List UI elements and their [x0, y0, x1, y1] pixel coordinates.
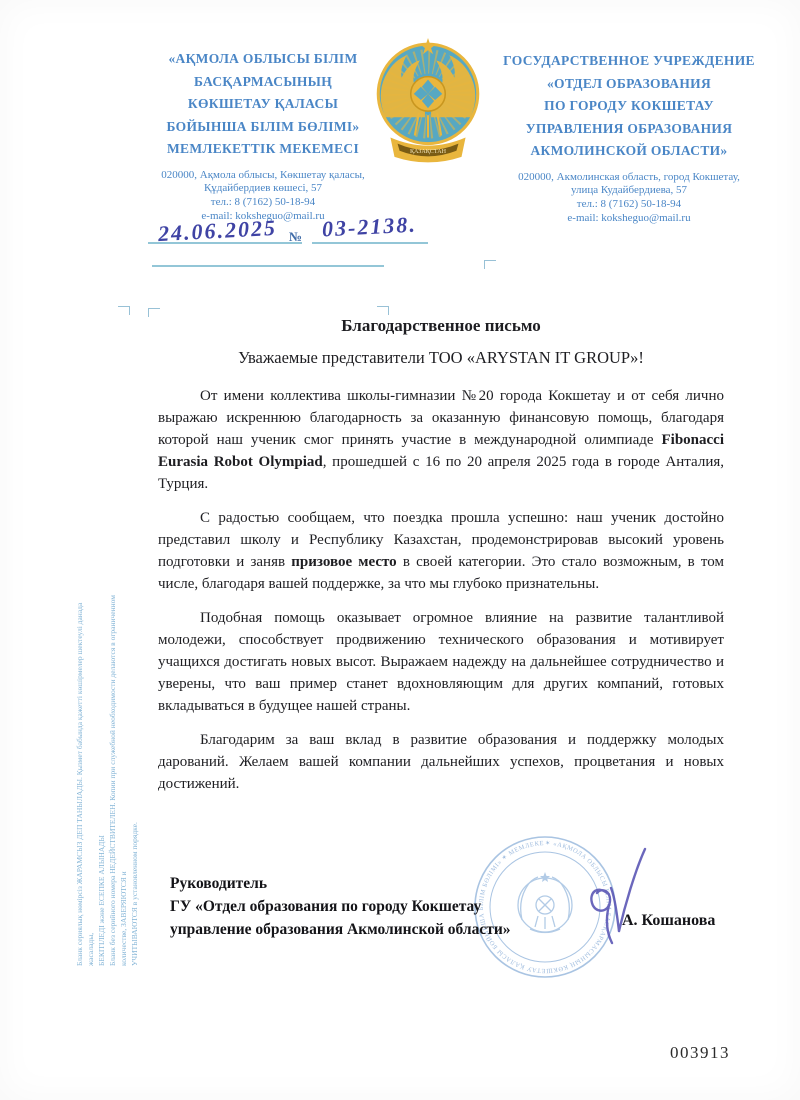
paragraph-2: С радостью сообщаем, что поездка прошла … — [158, 507, 724, 595]
org-right-block: ГОСУДАРСТВЕННОЕ УЧРЕЖДЕНИЕ «ОТДЕЛ ОБРАЗО… — [488, 50, 770, 226]
serial-number: 003913 — [645, 1043, 755, 1063]
paragraph-3-text: Подобная помощь оказывает огромное влиян… — [158, 610, 724, 714]
org-left-block: «АҚМОЛА ОБЛЫСЫ БІЛІМ БАСҚАРМАСЫНЫҢ КӨКШЕ… — [132, 48, 394, 224]
handwritten-document-number: 03-2138. — [321, 212, 417, 243]
paragraph-1: От имени коллектива школы-гимназии №20 г… — [158, 385, 724, 495]
security-margin-text: Бланк сериялық нөмірсіз ЖАРАМСЫЗ ДЕП ТАН… — [74, 576, 140, 966]
kazakhstan-coat-of-arms-icon: ҚАЗАҚСТАН — [372, 36, 484, 168]
paragraph-3: Подобная помощь оказывает огромное влиян… — [158, 607, 724, 717]
org-right-name: ГОСУДАРСТВЕННОЕ УЧРЕЖДЕНИЕ «ОТДЕЛ ОБРАЗО… — [488, 50, 770, 163]
paragraph-2-bold: призовое место — [291, 554, 396, 570]
letter-salutation: Уважаемые представители ТОО «ARYSTAN IT … — [158, 348, 724, 368]
second-rule-line — [152, 265, 384, 267]
number-underline — [312, 242, 428, 244]
org-right-address: 020000, Акмолинская область, город Кокше… — [488, 171, 770, 226]
corner-mark-icon — [118, 306, 130, 315]
signature-scribble-icon — [585, 843, 655, 953]
org-left-name: «АҚМОЛА ОБЛЫСЫ БІЛІМ БАСҚАРМАСЫНЫҢ КӨКШЕ… — [132, 48, 394, 161]
letter-title: Благодарственное письмо — [158, 316, 724, 336]
signature-position: Руководитель ГУ «Отдел образования по го… — [170, 872, 590, 941]
emblem-banner-label: ҚАЗАҚСТАН — [410, 149, 447, 155]
paragraph-1-text: От имени коллектива школы-гимназии №20 г… — [158, 388, 724, 448]
paragraph-4-text: Благодарим за ваш вклад в развитие образ… — [158, 732, 724, 792]
corner-mark-icon — [377, 306, 389, 315]
letter-page: «АҚМОЛА ОБЛЫСЫ БІЛІМ БАСҚАРМАСЫНЫҢ КӨКШЕ… — [0, 0, 800, 1100]
letter-body: Благодарственное письмо Уважаемые предст… — [158, 316, 724, 807]
paragraph-4: Благодарим за ваш вклад в развитие образ… — [158, 729, 724, 795]
date-underline — [148, 242, 302, 244]
corner-mark-icon — [484, 260, 496, 269]
